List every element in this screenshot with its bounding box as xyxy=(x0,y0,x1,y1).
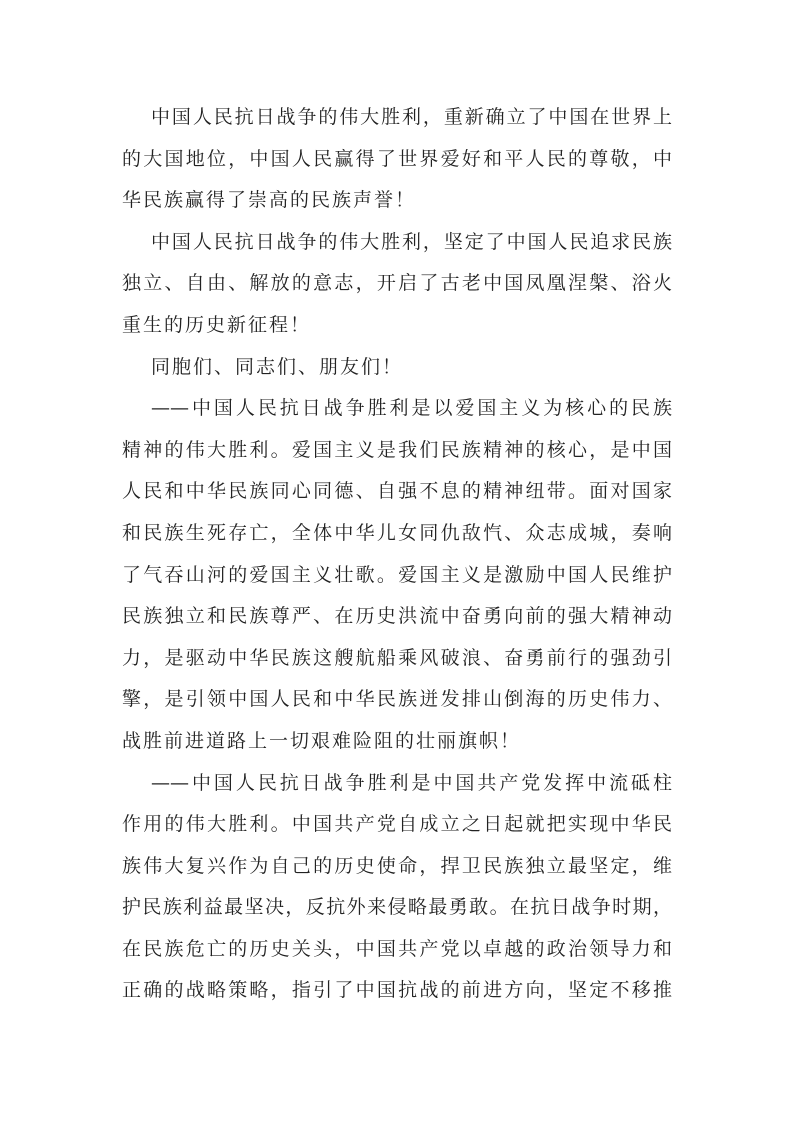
text-line: 民族独立和民族尊严、在历史洪流中奋勇向前的强大精神动 xyxy=(122,596,672,638)
text-line: 精神的伟大胜利。爱国主义是我们民族精神的核心，是中国 xyxy=(122,430,672,472)
text-line: 战胜前进道路上一切艰难险阻的壮丽旗帜！ xyxy=(122,721,672,763)
document-body: 中国人民抗日战争的伟大胜利，重新确立了中国在世界上 的大国地位，中国人民赢得了世… xyxy=(122,97,672,1012)
text-line: 擎，是引领中国人民和中华民族迸发排山倒海的历史伟力、 xyxy=(122,679,672,721)
text-line: 华民族赢得了崇高的民族声誉！ xyxy=(122,180,672,222)
paragraph-victory-will: 中国人民抗日战争的伟大胜利，坚定了中国人民追求民族 独立、自由、解放的意志，开启… xyxy=(122,222,672,347)
text-line: 和民族生死存亡，全体中华儿女同仇敌忾、众志成城，奏响 xyxy=(122,513,672,555)
text-line: 力，是驱动中华民族这艘航船乘风破浪、奋勇前行的强劲引 xyxy=(122,638,672,680)
paragraph-party-role: ——中国人民抗日战争胜利是中国共产党发挥中流砥柱 作用的伟大胜利。中国共产党自成… xyxy=(122,763,672,1013)
text-line: ——中国人民抗日战争胜利是以爱国主义为核心的民族 xyxy=(122,388,672,430)
text-line: 在民族危亡的历史关头，中国共产党以卓越的政治领导力和 xyxy=(122,929,672,971)
text-line: 人民和中华民族同心同德、自强不息的精神纽带。面对国家 xyxy=(122,471,672,513)
text-line: 作用的伟大胜利。中国共产党自成立之日起就把实现中华民 xyxy=(122,804,672,846)
text-line: 中国人民抗日战争的伟大胜利，坚定了中国人民追求民族 xyxy=(122,222,672,264)
text-line: 独立、自由、解放的意志，开启了古老中国凤凰涅槃、浴火 xyxy=(122,263,672,305)
text-line: 中国人民抗日战争的伟大胜利，重新确立了中国在世界上 xyxy=(122,97,672,139)
paragraph-victory-status: 中国人民抗日战争的伟大胜利，重新确立了中国在世界上 的大国地位，中国人民赢得了世… xyxy=(122,97,672,222)
text-line: 族伟大复兴作为自己的历史使命，捍卫民族独立最坚定，维 xyxy=(122,846,672,888)
text-line: 正确的战略策略，指引了中国抗战的前进方向，坚定不移推 xyxy=(122,970,672,1012)
text-line: 同胞们、同志们、朋友们！ xyxy=(122,347,672,389)
document-page: 中国人民抗日战争的伟大胜利，重新确立了中国在世界上 的大国地位，中国人民赢得了世… xyxy=(0,0,793,1122)
text-line: 重生的历史新征程！ xyxy=(122,305,672,347)
text-line: 了气吞山河的爱国主义壮歌。爱国主义是激励中国人民维护 xyxy=(122,555,672,597)
text-line: 的大国地位，中国人民赢得了世界爱好和平人民的尊敬，中 xyxy=(122,139,672,181)
text-line: ——中国人民抗日战争胜利是中国共产党发挥中流砥柱 xyxy=(122,763,672,805)
paragraph-patriotism: ——中国人民抗日战争胜利是以爱国主义为核心的民族 精神的伟大胜利。爱国主义是我们… xyxy=(122,388,672,762)
text-line: 护民族利益最坚决，反抗外来侵略最勇敢。在抗日战争时期， xyxy=(122,887,672,929)
paragraph-salutation: 同胞们、同志们、朋友们！ xyxy=(122,347,672,389)
